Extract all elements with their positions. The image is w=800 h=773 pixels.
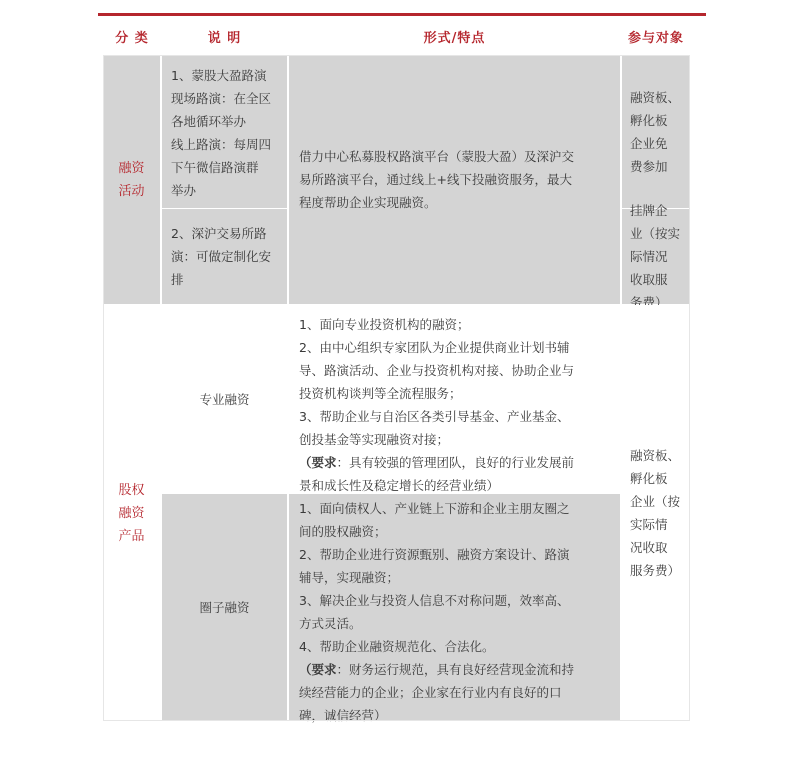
text-line: 1、面向债权人、产业链上下游和企业主朋友圈之	[299, 497, 620, 520]
header-description: 说 明	[161, 27, 288, 47]
text-line: 辅导，实现融资；	[299, 566, 620, 589]
text-line: 业（按实	[630, 222, 680, 245]
text-line: ：财务运行规范，具有良好经营现金流和持	[337, 662, 575, 677]
text-line: 服务费）	[630, 559, 680, 582]
text-line: 4、帮助企业融资规范化、合法化。	[299, 635, 620, 658]
header-participants: 参与对象	[616, 27, 696, 47]
text-line: 2、深沪交易所路	[171, 222, 271, 245]
text-line: 1、蒙股大盈路演	[171, 64, 287, 87]
participants-listed: 挂牌企 业（按实 际情况 收取服 务费）	[622, 209, 690, 304]
text-line: 2、由中心组织专家团队为企业提供商业计划书辅	[299, 336, 620, 359]
text-line: 易所路演平台，通过线上+线下投融资服务，最大	[299, 168, 574, 191]
text-line: 企业（按	[630, 490, 680, 513]
text-line: 演：可做定制化安	[171, 245, 271, 268]
text-line: 费参加	[630, 155, 680, 178]
category-line: 产品	[118, 525, 144, 548]
text-line: 挂牌企	[630, 199, 680, 222]
text-line: 3、帮助企业与自治区各类引导基金、产业基金、	[299, 405, 620, 428]
text-line: 碑，诚信经营）	[299, 704, 620, 727]
requirement-line: （要求：财务运行规范，具有良好经营现金流和持	[299, 658, 620, 681]
description-exchange-roadshow: 2、深沪交易所路 演：可做定制化安 排	[162, 209, 287, 304]
header-top-rule	[98, 13, 706, 16]
text-line: 1、面向专业投资机构的融资；	[299, 313, 620, 336]
text-line: 融资板、	[630, 86, 680, 109]
product-professional-financing: 专业融资	[162, 305, 287, 493]
category-line: 股权	[118, 479, 144, 502]
text-line: 现场路演：在全区	[171, 87, 287, 110]
text-line: 下午微信路演群	[171, 156, 287, 179]
text-line: 借力中心私募股权路演平台（蒙股大盈）及深沪交	[299, 145, 574, 168]
text-line: 实际情	[630, 513, 680, 536]
category-line: 融资	[118, 157, 144, 180]
category-line: 融资	[118, 502, 144, 525]
text-line: 线上路演：每周四	[171, 133, 287, 156]
header-features: 形式/特点	[288, 27, 621, 47]
text-line: 孵化板	[630, 109, 680, 132]
features-circle-financing: 1、面向债权人、产业链上下游和企业主朋友圈之 间的股权融资； 2、帮助企业进行资…	[289, 494, 620, 721]
features-financing-activities: 借力中心私募股权路演平台（蒙股大盈）及深沪交 易所路演平台，通过线上+线下投融资…	[289, 55, 620, 304]
text-line: 导、路演活动、企业与投资机构对接、协助企业与	[299, 359, 620, 382]
text-line: 举办	[171, 179, 287, 202]
category-line: 活动	[118, 180, 144, 203]
header-category: 分 类	[103, 27, 161, 47]
requirement-label: （要求	[299, 455, 337, 470]
requirement-label: （要求	[299, 662, 337, 677]
text-line: 际情况	[630, 245, 680, 268]
text-line: 排	[171, 268, 271, 291]
text-line: 2、帮助企业进行资源甄别、融资方案设计、路演	[299, 543, 620, 566]
text-line: 企业免	[630, 132, 680, 155]
text-line: 续经营能力的企业；企业家在行业内有良好的口	[299, 681, 620, 704]
category-financing-activities: 融资 活动	[103, 55, 160, 304]
text-line: 间的股权融资；	[299, 520, 620, 543]
text-line: 收取服	[630, 268, 680, 291]
text-line: 况收取	[630, 536, 680, 559]
requirement-line: （要求：具有较强的管理团队，良好的行业发展前	[299, 451, 620, 474]
text-line: 融资板、	[630, 444, 680, 467]
category-equity-products: 股权 融资 产品	[103, 305, 160, 721]
text-line: 3、解决企业与投资人信息不对称问题，效率高、	[299, 589, 620, 612]
participants-equity-products: 融资板、 孵化板 企业（按 实际情 况收取 服务费）	[622, 305, 690, 721]
text-line: 创投基金等实现融资对接；	[299, 428, 620, 451]
text-line: ：具有较强的管理团队，良好的行业发展前	[337, 455, 575, 470]
text-line: 孵化板	[630, 467, 680, 490]
participants-free: 融资板、 孵化板 企业免 费参加	[622, 55, 690, 208]
text-line: 各地循环举办	[171, 110, 287, 133]
product-circle-financing: 圈子融资	[162, 494, 287, 721]
text-line: 程度帮助企业实现融资。	[299, 191, 574, 214]
text-line: 方式灵活。	[299, 612, 620, 635]
description-roadshow: 1、蒙股大盈路演 现场路演：在全区 各地循环举办 线上路演：每周四 下午微信路演…	[162, 55, 287, 208]
text-line: 投资机构谈判等全流程服务；	[299, 382, 620, 405]
features-professional-financing: 1、面向专业投资机构的融资； 2、由中心组织专家团队为企业提供商业计划书辅 导、…	[289, 305, 620, 493]
